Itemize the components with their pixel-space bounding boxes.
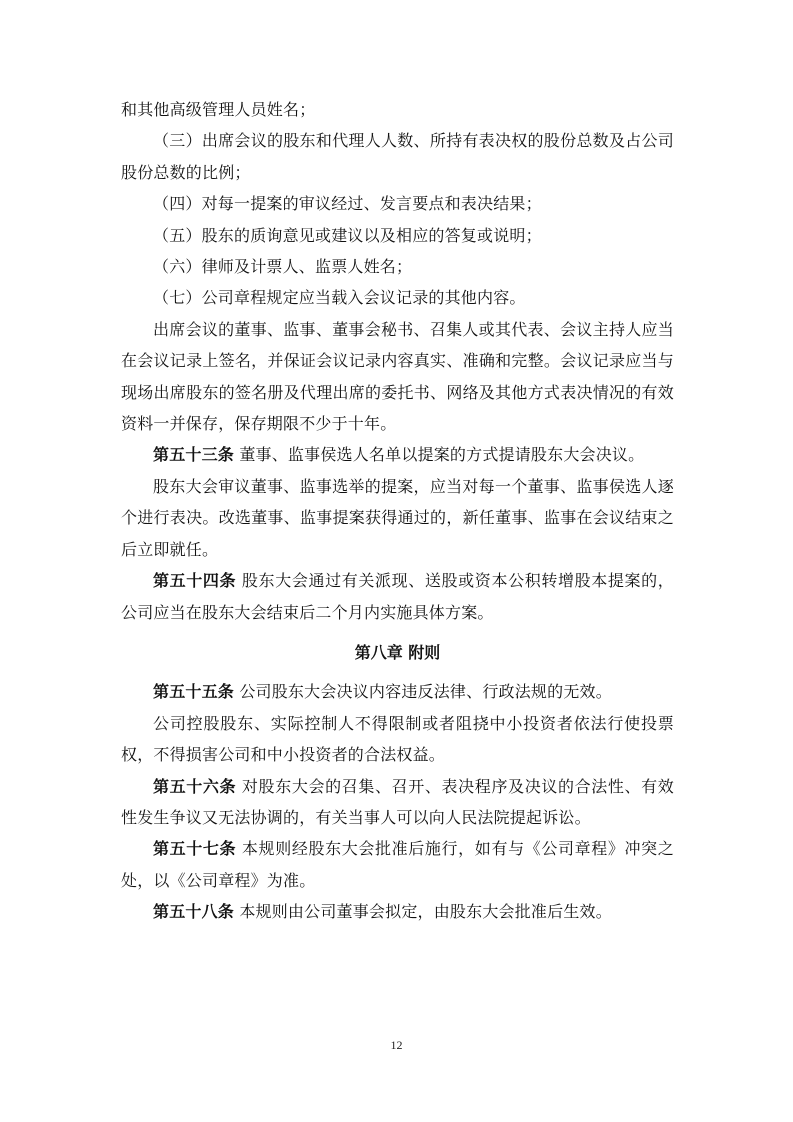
article-number: 第五十四条 [153, 571, 236, 590]
paragraph: 股东大会审议董事、监事选举的提案，应当对每一个董事、监事侯选人逐个进行表决。改选… [121, 471, 674, 565]
list-item-4: （四）对每一提案的审议经过、发言要点和表决结果； [121, 188, 674, 219]
paragraph: 公司控股股东、实际控制人不得限制或者阻挠中小投资者依法行使投票权，不得损害公司和… [121, 708, 674, 771]
paragraph: 出席会议的董事、监事、董事会秘书、召集人或其代表、会议主持人应当在会议记录上签名… [121, 314, 674, 440]
article-text: 董事、监事侯选人名单以提案的方式提请股东大会决议。 [239, 445, 644, 464]
article-number: 第五十三条 [153, 445, 234, 464]
chapter-heading: 第八章 附则 [121, 637, 674, 668]
article-number: 第五十七条 [153, 839, 236, 858]
list-item-7: （七）公司章程规定应当载入会议记录的其他内容。 [121, 282, 674, 313]
paragraph: 和其他高级管理人员姓名； [121, 94, 674, 125]
list-item-5: （五）股东的质询意见或建议以及相应的答复或说明； [121, 220, 674, 251]
list-item-6: （六）律师及计票人、监票人姓名； [121, 251, 674, 282]
article-58: 第五十八条 本规则由公司董事会拟定，由股东大会批准后生效。 [121, 896, 674, 927]
list-item-3: （三）出席会议的股东和代理人人数、所持有表决权的股份总数及占公司股份总数的比例； [121, 125, 674, 188]
article-text: 公司股东大会决议内容违反法律、行政法规的无效。 [239, 682, 612, 701]
article-number: 第五十五条 [153, 682, 234, 701]
document-body: 和其他高级管理人员姓名； （三）出席会议的股东和代理人人数、所持有表决权的股份总… [121, 94, 674, 928]
article-54: 第五十四条 股东大会通过有关派现、送股或资本公积转增股本提案的，公司应当在股东大… [121, 565, 674, 628]
article-57: 第五十七条 本规则经股东大会批准后施行，如有与《公司章程》冲突之处，以《公司章程… [121, 833, 674, 896]
article-53: 第五十三条 董事、监事侯选人名单以提案的方式提请股东大会决议。 [121, 439, 674, 470]
article-number: 第五十八条 [153, 902, 234, 921]
article-55: 第五十五条 公司股东大会决议内容违反法律、行政法规的无效。 [121, 676, 674, 707]
article-56: 第五十六条 对股东大会的召集、召开、表决程序及决议的合法性、有效性发生争议又无法… [121, 771, 674, 834]
page-number: 12 [0, 1038, 793, 1053]
article-text: 本规则由公司董事会拟定，由股东大会批准后生效。 [239, 902, 612, 921]
article-number: 第五十六条 [153, 777, 236, 796]
